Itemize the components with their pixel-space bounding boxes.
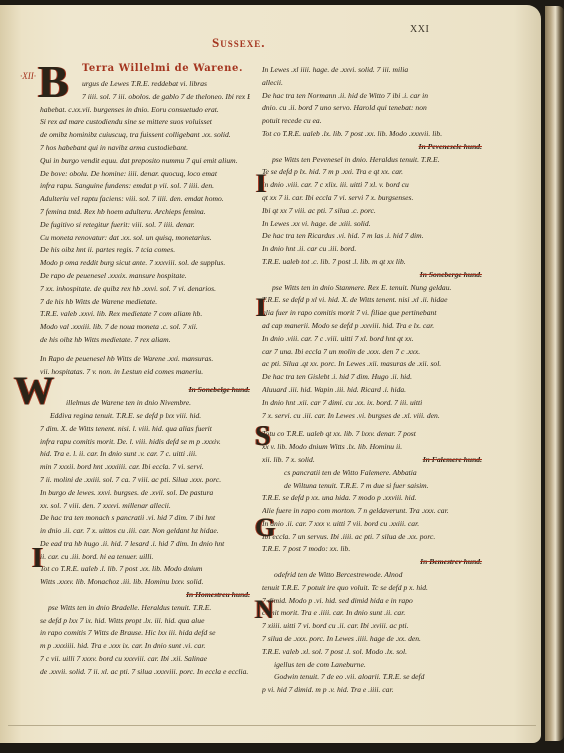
decorated-initial-i: I bbox=[256, 171, 266, 197]
text-line: T.R.E. valeb .xxvi. lib. Rex medietate 7… bbox=[40, 308, 250, 321]
county-heading: Sussexe. bbox=[212, 35, 266, 51]
text-line: hid. Tra e. l. ii. car. In dnio sunt .v.… bbox=[40, 448, 250, 461]
text-line: alia fuer in rapo comitis morit 7 vi. fi… bbox=[262, 307, 482, 320]
text-line: xx v. lib. Modo dnium Witts .lx. lib. Ho… bbox=[262, 441, 482, 454]
text-line: Eddiva regina tenuit. T.R.E. se defd p l… bbox=[40, 410, 250, 423]
text-line: 7 silua de .xxx. porc. In Lewes .iiii. h… bbox=[262, 633, 482, 646]
text-line: ii. car. cu .iii. bord. hi ea tenuer. ui… bbox=[40, 551, 250, 564]
text-line: Ibi qt xx 7 viii. ac pti. 7 silua .c. po… bbox=[262, 205, 482, 218]
text-line: Alie fuere in rapo com morton. 7 n gelda… bbox=[262, 505, 482, 518]
text-line: ac pti. Silua .qt xx. porc. In Lewes .xi… bbox=[262, 358, 482, 371]
text-line: m p .xxxiiii. hid. Tra e .xxx ix. car. I… bbox=[40, 640, 250, 653]
text-line: habebat. c.xx.vii. burgenses in dnio. Eo… bbox=[40, 104, 250, 117]
text-line: Te se defd p lx. hid. 7 m p .xxi. Tra e … bbox=[262, 166, 482, 179]
text-line: Modo val .xxxiii. lib. 7 de noua moneta … bbox=[40, 321, 250, 334]
text-line: infra rapu comitis morit. De. l. viii. h… bbox=[40, 436, 250, 449]
text-line: De his oibz hnt ii. partes regis. 7 tcia… bbox=[40, 244, 250, 257]
text-line: de omibz hominibz cuiuscuq, tra fuissent… bbox=[40, 129, 250, 142]
text-line: De rapo de peuenesel .xxxix. mansure hos… bbox=[40, 270, 250, 283]
text-line: T.R.E. ualeb tot .c. lib. 7 post .l. lib… bbox=[262, 256, 482, 269]
text-line: De bove: obolu. De homine: iiii. denar. … bbox=[40, 168, 250, 181]
text-line: qt xx 7 ii. car. Ibi eccla 7 vi. servi 7… bbox=[262, 192, 482, 205]
text-line: T.R.E. se defd p xx. una hida. 7 modo p … bbox=[262, 492, 482, 505]
text-line: T.R.E. 7 post 7 modo: xx. lib. bbox=[262, 543, 482, 556]
decorated-initial-i: I bbox=[256, 295, 266, 321]
decorated-initial-g: G bbox=[255, 515, 275, 541]
decorated-initial-i: I bbox=[32, 545, 43, 573]
text-line: min 7 xxxii. bord hnt .xxxiiii. car. Ibi… bbox=[40, 461, 250, 474]
text-line: Modo p oma reddit burg sicut ante. 7 xxx… bbox=[40, 257, 250, 270]
text-line: in rapo comitis 7 Witts de Brause. Hic l… bbox=[40, 627, 250, 640]
text-line: Aluuard .iii. hid. Wapin .iii. hid. Rica… bbox=[262, 384, 482, 397]
text-line: vii. hospitatas. 7 v. non. in Lestun eid… bbox=[40, 366, 250, 379]
text-line: Si rex ad mare custodiendu sine se mitte… bbox=[40, 116, 250, 129]
text-line: 7 de his hb Witts de Warene medietate. bbox=[40, 296, 250, 309]
hundred-rubric: In Bemestrev hund. bbox=[262, 556, 482, 569]
text-line: Cu moneta renovatur: dat .xx. sol. un qu… bbox=[40, 232, 250, 245]
text-line: In Rapo de peuenesel hb Witts de Warene … bbox=[40, 353, 250, 366]
text-line: se defd p lxx 7 ix. hid. Witts propt .lx… bbox=[40, 615, 250, 628]
text-line: Adulteriu vel raptu faciens: viii. sol. … bbox=[40, 193, 250, 206]
text-line: Totu co T.R.E. ualeb qt xx. lib. 7 lxxv.… bbox=[262, 428, 482, 441]
text-line: xx. sol. 7 viii. den. 7 xxxvi. millenar … bbox=[40, 500, 250, 513]
text-line: dnio. cu .ii. bord 7 uno servo. Harold q… bbox=[262, 102, 482, 115]
hundred-rubric: In Pevenesele hund. bbox=[262, 141, 482, 154]
text-line: 7 xiiii. uitti 7 vi. bord cu .ii. car. I… bbox=[262, 620, 482, 633]
manuscript-page: XXI Sussexe. ·XII· B Terra Willelmi de W… bbox=[0, 5, 541, 743]
text-line: pse Witts ten Pevenesel in dnio. Heraldu… bbox=[262, 154, 482, 167]
text-line: 7 hos habebant qui in navibz arma custod… bbox=[40, 142, 250, 155]
hundred-rubric: In Homestreu hund. bbox=[40, 589, 250, 602]
text-line: Qui in burgo vendit equu. dat preposito … bbox=[40, 155, 250, 168]
text-line: De hac tra ten monach s pancratii .vi. h… bbox=[40, 512, 250, 525]
text-line: in dnio .ii. car. 7 x. uittos cu .iii. c… bbox=[40, 525, 250, 538]
text-line: Tot co T.R.E. ualeb .lx. lib. 7 post .xx… bbox=[262, 128, 482, 141]
text-line: Witts .xxxv. lib. Monachoz .iii. lib. Ho… bbox=[40, 576, 250, 589]
text-line: 7 dim. X. de Witts tenent. nisi. l. viii… bbox=[40, 423, 250, 436]
text-line: T.R.E. valeb .xl. sol. 7 post .l. sol. M… bbox=[262, 646, 482, 659]
text-line: In Lewes .xl iiii. hage. de .xxvi. solid… bbox=[262, 64, 482, 77]
chapter-title: Terra Willelmi de Warene. bbox=[82, 63, 243, 74]
text-line: T.R.E. se defd p xl vi. hid. X. de Witts… bbox=[262, 294, 482, 307]
text-line: De ead tra hb hugo .ii. hid. 7 lesard .i… bbox=[40, 538, 250, 551]
folio-number: XXI bbox=[410, 24, 429, 35]
text-line: Ibi eccla. 7 un servus. Ibi .iiii. ac pt… bbox=[262, 531, 482, 544]
text-line: pse Witts ten in dnio Stanmere. Rex E. t… bbox=[262, 282, 482, 295]
text-line: Tot co T.R.E. ualeb .l. lib. 7 post .xx.… bbox=[40, 563, 250, 576]
text-line: de his oibz hb Witts medietate. 7 rex al… bbox=[40, 334, 250, 347]
text-line: cs pancratii ten de Witto Falemere. Abba… bbox=[262, 467, 482, 480]
decorated-initial-w: W bbox=[14, 371, 54, 411]
text-line: tenuit T.R.E. 7 potuit ire quo voluit. T… bbox=[262, 582, 482, 595]
text-line: allecii. bbox=[262, 77, 482, 90]
text-line: In dnio hnt .xii. car 7 dimi. cu .xx. ix… bbox=[262, 397, 482, 410]
text-line: 7 ii. molini de .xxiii. sol. 7 ca. 7 vii… bbox=[40, 474, 250, 487]
text-line: In burgo de lewes. xxvi. burgses. de .xv… bbox=[40, 487, 250, 500]
text-line: igellus ten de com Laneburne. bbox=[262, 659, 482, 672]
text-line: de Wiltuna tenuit. T.R.E. 7 m due si fue… bbox=[262, 480, 482, 493]
text-line: De hac tra ten Gislebt .i. hid 7 dim. Hu… bbox=[262, 371, 482, 384]
text-line: de .xxvii. solid. 7 ii. xl. ac pti. 7 si… bbox=[40, 666, 250, 679]
book-page-edges bbox=[545, 6, 564, 741]
decorated-initial-s: S bbox=[255, 423, 271, 451]
left-column: urgus de Lewes T.R.E. reddebat vi. libra… bbox=[40, 78, 250, 679]
chapter-number: ·XII· bbox=[20, 71, 36, 81]
text-line: 7 dimid. Modo p .vi. hid. sed dimid hida… bbox=[262, 595, 482, 608]
text-line: In dnio .viii. car. 7 c xlix. iii. uitti… bbox=[262, 179, 482, 192]
text-line: De hac tra ten Normann .ii. hid de Witto… bbox=[262, 90, 482, 103]
text-line: In dnio .ii. car. 7 xxx v. uitti 7 vii. … bbox=[262, 518, 482, 531]
text-line: pse Witts ten in dnio Bradelle. Heraldus… bbox=[40, 602, 250, 615]
hundred-rubric: In Sonebelge hund. bbox=[40, 384, 250, 397]
text-line: In dnio hnt .ii. car cu .iii. bord. bbox=[262, 243, 482, 256]
right-column: In Lewes .xl iiii. hage. de .xxvi. solid… bbox=[262, 64, 482, 697]
text-line: odefrid ten de Witto Bercestrewode. Alno… bbox=[262, 569, 482, 582]
text-line: 7 x. servi. cu .iii. car. In Lewes .vi. … bbox=[262, 410, 482, 423]
text-line: ad cap manerii. Modo se defd p .xxviii. … bbox=[262, 320, 482, 333]
text-line: 7 xx. inhospitate. de quibz rex hb .xxvi… bbox=[40, 283, 250, 296]
decorated-initial-n: N bbox=[255, 597, 274, 623]
text-line: illelmus de Warene ten in dnio Nivembre. bbox=[40, 397, 250, 410]
text-line: potuit recede cu ea. bbox=[262, 115, 482, 128]
text-line: infra rapu. Sanguine fundens: emdat p vi… bbox=[40, 180, 250, 193]
text-line: p vi. hid 7 dimid. m p .v. hid. Tra e .i… bbox=[262, 684, 482, 697]
text-line: Godwin tenuit. 7 de eo .vii. aloarii. T.… bbox=[262, 671, 482, 684]
text-line: 7 femina tntd. Rex hb hoem adulteru. Arc… bbox=[40, 206, 250, 219]
text-line: De fugitivo si retegitur fuerit: viii. s… bbox=[40, 219, 250, 232]
text-line: De hac tra ten Ricardus .vi. hid. 7 m la… bbox=[262, 230, 482, 243]
text-line: 7 iiii. sol. 7 iii. obolos. de gablo 7 d… bbox=[40, 91, 250, 104]
text-line: In Lewes .xx vi. hage. de .xiii. solid. bbox=[262, 218, 482, 231]
text-line: In dnio .viii. car. 7 c .viii. uitti 7 x… bbox=[262, 333, 482, 346]
text-line: urgus de Lewes T.R.E. reddebat vi. libra… bbox=[40, 78, 250, 91]
text-line: 7 c vii. uilli 7 xxxv. bord cu xxxviii. … bbox=[40, 653, 250, 666]
text-line: comit morit. Tra e .iiii. car. In dnio s… bbox=[262, 607, 482, 620]
page-bottom-edge bbox=[8, 725, 536, 726]
hundred-rubric: In Soneberge hund. bbox=[262, 269, 482, 282]
text-line: car 7 una. Ibi eccla 7 un molin de .xxx.… bbox=[262, 346, 482, 359]
